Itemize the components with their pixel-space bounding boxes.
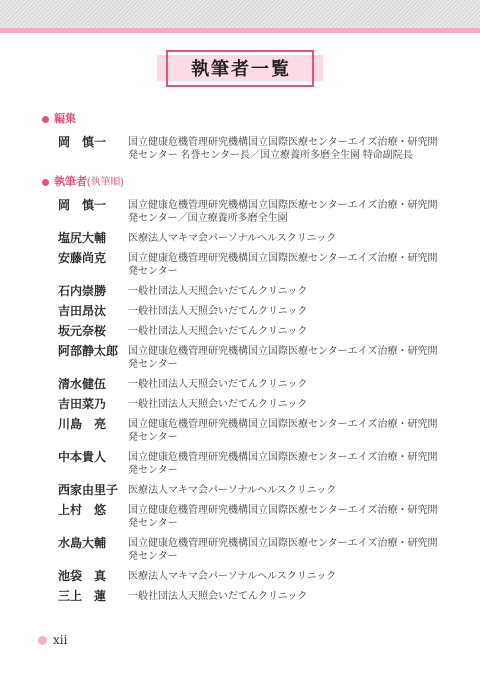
title-border-box: 執筆者一覧 bbox=[166, 50, 314, 87]
author-row: 池袋 真 医療法人マキマ会パーソナルヘルスクリニック bbox=[58, 570, 450, 583]
author-row: 坂元奈桜 一般社団法人天照会いだてんクリニック bbox=[58, 325, 450, 338]
author-name: 塩尻大輔 bbox=[58, 232, 128, 245]
author-affiliation: 国立健康危機管理研究機構国立国際医療センターエイズ治療・研究開 発センター bbox=[128, 537, 448, 563]
author-row: 吉田昂汰 一般社団法人天照会いだてんクリニック bbox=[58, 305, 450, 318]
page-title-block: 執筆者一覧 bbox=[166, 50, 314, 87]
author-row: 石内崇勝 一般社団法人天照会いだてんクリニック bbox=[58, 285, 450, 298]
author-row: 阿部静太郎 国立健康危機管理研究機構国立国際医療センターエイズ治療・研究開 発セ… bbox=[58, 345, 450, 371]
author-name: 水島大輔 bbox=[58, 537, 128, 563]
author-row: 中本貴人 国立健康危機管理研究機構国立国際医療センターエイズ治療・研究開 発セン… bbox=[58, 451, 450, 477]
section-authors: 執筆者 (執筆順) 岡 慎一 国立健康危機管理研究機構国立国際医療センターエイズ… bbox=[42, 176, 450, 603]
author-name: 安藤尚克 bbox=[58, 252, 128, 278]
author-rows: 岡 慎一 国立健康危機管理研究機構国立国際医療センターエイズ治療・研究開 発セン… bbox=[58, 199, 450, 603]
section-label: 執筆者 bbox=[54, 176, 87, 189]
top-stripe-band bbox=[0, 0, 480, 28]
author-affiliation: 医療法人マキマ会パーソナルヘルスクリニック bbox=[128, 570, 448, 583]
section-bullet-icon bbox=[42, 179, 49, 186]
author-name: 清水健伍 bbox=[58, 378, 128, 391]
author-name: 岡 慎一 bbox=[58, 136, 128, 162]
author-row: 岡 慎一 国立健康危機管理研究機構国立国際医療センターエイズ治療・研究開 発セン… bbox=[58, 199, 450, 225]
author-affiliation: 一般社団法人天照会いだてんクリニック bbox=[128, 285, 448, 298]
author-affiliation: 国立健康危機管理研究機構国立国際医療センターエイズ治療・研究開 発センター bbox=[128, 451, 448, 477]
page-title: 執筆者一覧 bbox=[189, 60, 291, 78]
author-name: 西家由里子 bbox=[58, 484, 128, 497]
section-editors: 編集 岡 慎一 国立健康危機管理研究機構国立国際医療センターエイズ治療・研究開 … bbox=[42, 113, 450, 162]
author-name: 上村 悠 bbox=[58, 504, 128, 530]
author-row: 西家由里子 医療法人マキマ会パーソナルヘルスクリニック bbox=[58, 484, 450, 497]
author-name: 中本貴人 bbox=[58, 451, 128, 477]
author-affiliation: 国立健康危機管理研究機構国立国際医療センターエイズ治療・研究開 発センター bbox=[128, 418, 448, 444]
author-affiliation: 一般社団法人天照会いだてんクリニック bbox=[128, 378, 448, 391]
author-name: 岡 慎一 bbox=[58, 199, 128, 225]
author-affiliation: 国立健康危機管理研究機構国立国際医療センターエイズ治療・研究開 発センター bbox=[128, 345, 448, 371]
author-affiliation: 国立健康危機管理研究機構国立国際医療センターエイズ治療・研究開 発センター 名誉… bbox=[128, 136, 448, 162]
author-name: 吉田菜乃 bbox=[58, 398, 128, 411]
author-name: 三上 蓮 bbox=[58, 590, 128, 603]
author-affiliation: 医療法人マキマ会パーソナルヘルスクリニック bbox=[128, 484, 448, 497]
author-row: 水島大輔 国立健康危機管理研究機構国立国際医療センターエイズ治療・研究開 発セン… bbox=[58, 537, 450, 563]
section-header-editors: 編集 bbox=[42, 113, 450, 126]
editor-rows: 岡 慎一 国立健康危機管理研究機構国立国際医療センターエイズ治療・研究開 発セン… bbox=[58, 136, 450, 162]
author-row: 上村 悠 国立健康危機管理研究機構国立国際医療センターエイズ治療・研究開 発セン… bbox=[58, 504, 450, 530]
author-affiliation: 一般社団法人天照会いだてんクリニック bbox=[128, 305, 448, 318]
author-row: 三上 蓮 一般社団法人天照会いだてんクリニック bbox=[58, 590, 450, 603]
page-footer: xii bbox=[38, 634, 67, 646]
section-label: 編集 bbox=[54, 113, 76, 126]
author-name: 池袋 真 bbox=[58, 570, 128, 583]
author-affiliation: 一般社団法人天照会いだてんクリニック bbox=[128, 398, 448, 411]
author-affiliation: 国立健康危機管理研究機構国立国際医療センターエイズ治療・研究開 発センター bbox=[128, 252, 448, 278]
author-row: 安藤尚克 国立健康危機管理研究機構国立国際医療センターエイズ治療・研究開 発セン… bbox=[58, 252, 450, 278]
page-number: xii bbox=[53, 634, 67, 646]
section-bullet-icon bbox=[42, 116, 49, 123]
author-affiliation: 国立健康危機管理研究機構国立国際医療センターエイズ治療・研究開 発センター bbox=[128, 504, 448, 530]
author-row: 清水健伍 一般社団法人天照会いだてんクリニック bbox=[58, 378, 450, 391]
author-name: 吉田昂汰 bbox=[58, 305, 128, 318]
author-name: 阿部静太郎 bbox=[58, 345, 128, 371]
author-affiliation: 一般社団法人天照会いだてんクリニック bbox=[128, 590, 448, 603]
author-affiliation: 一般社団法人天照会いだてんクリニック bbox=[128, 325, 448, 338]
author-name: 坂元奈桜 bbox=[58, 325, 128, 338]
author-name: 石内崇勝 bbox=[58, 285, 128, 298]
section-header-authors: 執筆者 (執筆順) bbox=[42, 176, 450, 189]
section-label-suffix: (執筆順) bbox=[87, 176, 124, 189]
page-number-bullet-icon bbox=[38, 636, 47, 645]
author-list: 編集 岡 慎一 国立健康危機管理研究機構国立国際医療センターエイズ治療・研究開 … bbox=[0, 113, 480, 603]
author-name: 川島 亮 bbox=[58, 418, 128, 444]
top-pink-bar bbox=[0, 28, 480, 33]
author-row: 岡 慎一 国立健康危機管理研究機構国立国際医療センターエイズ治療・研究開 発セン… bbox=[58, 136, 450, 162]
author-affiliation: 国立健康危機管理研究機構国立国際医療センターエイズ治療・研究開 発センター／国立… bbox=[128, 199, 448, 225]
author-row: 川島 亮 国立健康危機管理研究機構国立国際医療センターエイズ治療・研究開 発セン… bbox=[58, 418, 450, 444]
author-row: 塩尻大輔 医療法人マキマ会パーソナルヘルスクリニック bbox=[58, 232, 450, 245]
author-row: 吉田菜乃 一般社団法人天照会いだてんクリニック bbox=[58, 398, 450, 411]
author-affiliation: 医療法人マキマ会パーソナルヘルスクリニック bbox=[128, 232, 448, 245]
